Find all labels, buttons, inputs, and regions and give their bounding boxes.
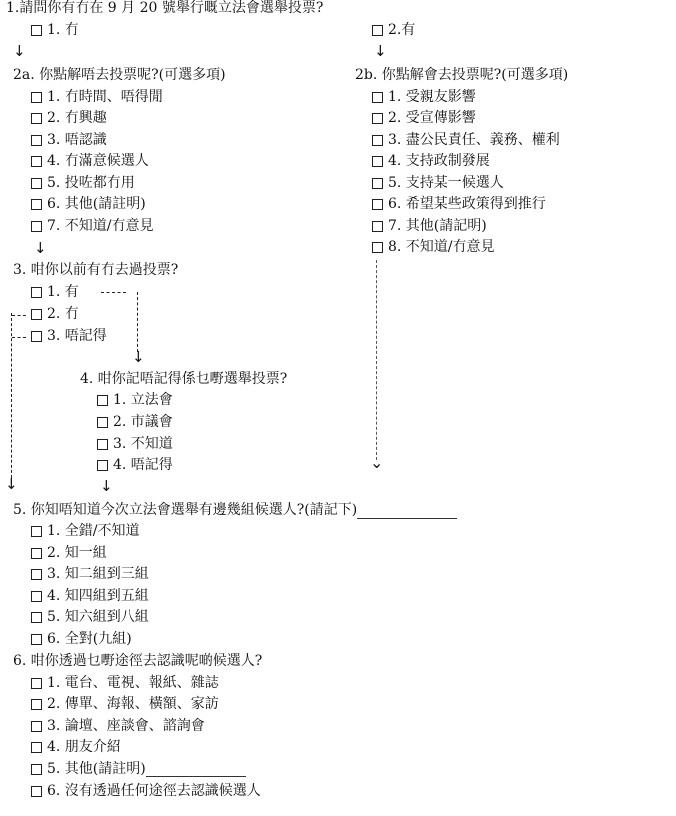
q6-option[interactable]: 6. 沒有透過任何途徑去認識候選人 <box>31 782 261 800</box>
q2a-option[interactable]: 1. 冇時間、唔得閒 <box>31 88 163 106</box>
q2b-option[interactable]: 2. 受宣傳影響 <box>372 109 476 127</box>
checkbox[interactable] <box>31 331 42 342</box>
dashed-connector-line <box>376 260 377 460</box>
arrow-down-icon: ↓ <box>100 478 113 494</box>
checkbox[interactable] <box>31 699 42 710</box>
q6-option[interactable]: 2. 傳單、海報、橫額、家訪 <box>31 695 219 713</box>
q2b-option[interactable]: 4. 支持政制發展 <box>372 152 490 170</box>
dashed-connector-line <box>12 337 26 338</box>
checkbox[interactable] <box>372 242 383 253</box>
q5-option[interactable]: 3. 知二組到三組 <box>31 565 149 583</box>
checkbox[interactable] <box>31 742 42 753</box>
arrow-down-icon: ⌄ <box>370 455 383 471</box>
checkbox[interactable] <box>31 221 42 232</box>
q2b-option[interactable]: 5. 支持某一候選人 <box>372 174 504 192</box>
arrow-down-icon: ↓ <box>132 349 145 365</box>
q1-option-yes[interactable]: 2.有 <box>372 21 415 39</box>
checkbox[interactable] <box>97 439 108 450</box>
q3-title: 3. 咁你以前有冇去過投票? <box>13 261 178 279</box>
q4-option[interactable]: 4. 唔記得 <box>97 456 173 474</box>
checkbox[interactable] <box>372 156 383 167</box>
checkbox[interactable] <box>31 178 42 189</box>
arrow-down-icon: ↓ <box>5 476 18 492</box>
q3-option[interactable]: 1. 有 <box>31 283 79 301</box>
checkbox[interactable] <box>31 786 42 797</box>
q5-title: 5. 你知唔知道今次立法會選舉有邊幾組候選人?(請記下) <box>13 501 457 519</box>
q4-title: 4. 咁你記唔記得係乜嘢選舉投票? <box>80 370 287 388</box>
q2b-title: 2b. 你點解會去投票呢?(可選多項) <box>355 66 568 84</box>
checkbox[interactable] <box>31 678 42 689</box>
q6-option[interactable]: 4. 朋友介紹 <box>31 738 121 756</box>
q6-option[interactable]: 1. 電台、電視、報紙、雜誌 <box>31 674 219 692</box>
checkbox[interactable] <box>372 199 383 210</box>
answer-blank-field[interactable] <box>357 504 457 519</box>
q2b-option[interactable]: 7. 其他(請記明) <box>372 217 487 235</box>
q4-option[interactable]: 1. 立法會 <box>97 391 173 409</box>
q2a-option[interactable]: 4. 冇滿意候選人 <box>31 152 149 170</box>
dashed-connector-line <box>137 292 138 352</box>
dashed-connector-line <box>12 315 26 316</box>
q5-option[interactable]: 5. 知六組到八組 <box>31 608 149 626</box>
q2b-option[interactable]: 3. 盡公民責任、義務、權利 <box>372 131 560 149</box>
q3-option[interactable]: 3. 唔記得 <box>31 327 107 345</box>
q5-option[interactable]: 2. 知一組 <box>31 544 107 562</box>
q1-option-no[interactable]: 1. 冇 <box>31 21 79 39</box>
q5-option[interactable]: 4. 知四組到五組 <box>31 587 149 605</box>
q2a-option[interactable]: 5. 投咗都冇用 <box>31 174 135 192</box>
answer-blank-field[interactable] <box>146 762 246 777</box>
checkbox[interactable] <box>31 548 42 559</box>
checkbox[interactable] <box>31 526 42 537</box>
checkbox[interactable] <box>372 135 383 146</box>
q2b-option[interactable]: 8. 不知道/冇意見 <box>372 238 495 256</box>
q1-title: 1.請問你有冇在 9 月 20 號舉行嘅立法會選舉投票? <box>6 0 323 17</box>
checkbox[interactable] <box>31 721 42 732</box>
q6-title: 6. 咁你透過乜嘢途徑去認識呢啲候選人? <box>13 652 262 670</box>
checkbox[interactable] <box>372 113 383 124</box>
checkbox[interactable] <box>31 569 42 580</box>
q2a-title: 2a. 你點解唔去投票呢?(可選多項) <box>13 66 226 84</box>
q2a-option[interactable]: 2. 冇興趣 <box>31 109 107 127</box>
checkbox[interactable] <box>31 92 42 103</box>
checkbox[interactable] <box>97 460 108 471</box>
checkbox[interactable] <box>31 199 42 210</box>
q2b-option[interactable]: 6. 希望某些政策得到推行 <box>372 195 546 213</box>
checkbox[interactable] <box>31 612 42 623</box>
q5-option[interactable]: 6. 全對(九組) <box>31 630 132 648</box>
checkbox[interactable] <box>31 156 42 167</box>
arrow-down-icon: ↓ <box>34 240 47 256</box>
checkbox[interactable] <box>31 764 42 775</box>
q4-option[interactable]: 2. 市議會 <box>97 413 173 431</box>
q3-option[interactable]: 2. 冇 <box>31 305 79 323</box>
q5-option[interactable]: 1. 全錯/不知道 <box>31 522 140 540</box>
q2a-option[interactable]: 6. 其他(請註明) <box>31 195 146 213</box>
dashed-connector-line <box>11 313 12 483</box>
arrow-down-icon: ↓ <box>13 43 26 59</box>
dashed-connector-line <box>101 292 126 293</box>
checkbox[interactable] <box>97 395 108 406</box>
checkbox[interactable] <box>372 92 383 103</box>
checkbox[interactable] <box>31 113 42 124</box>
checkbox[interactable] <box>31 287 42 298</box>
q6-option[interactable]: 5. 其他(請註明) <box>31 760 246 778</box>
arrow-down-icon: ↓ <box>374 43 387 59</box>
q2a-option[interactable]: 3. 唔認識 <box>31 131 107 149</box>
checkbox[interactable] <box>97 417 108 428</box>
q6-option[interactable]: 3. 論壇、座談會、諮詢會 <box>31 717 205 735</box>
checkbox[interactable] <box>372 221 383 232</box>
checkbox[interactable] <box>372 25 383 36</box>
checkbox[interactable] <box>31 634 42 645</box>
checkbox[interactable] <box>31 591 42 602</box>
checkbox[interactable] <box>31 135 42 146</box>
q2b-option[interactable]: 1. 受親友影響 <box>372 88 476 106</box>
checkbox[interactable] <box>31 25 42 36</box>
q2a-option[interactable]: 7. 不知道/冇意見 <box>31 217 154 235</box>
checkbox[interactable] <box>31 309 42 320</box>
q4-option[interactable]: 3. 不知道 <box>97 435 173 453</box>
checkbox[interactable] <box>372 178 383 189</box>
